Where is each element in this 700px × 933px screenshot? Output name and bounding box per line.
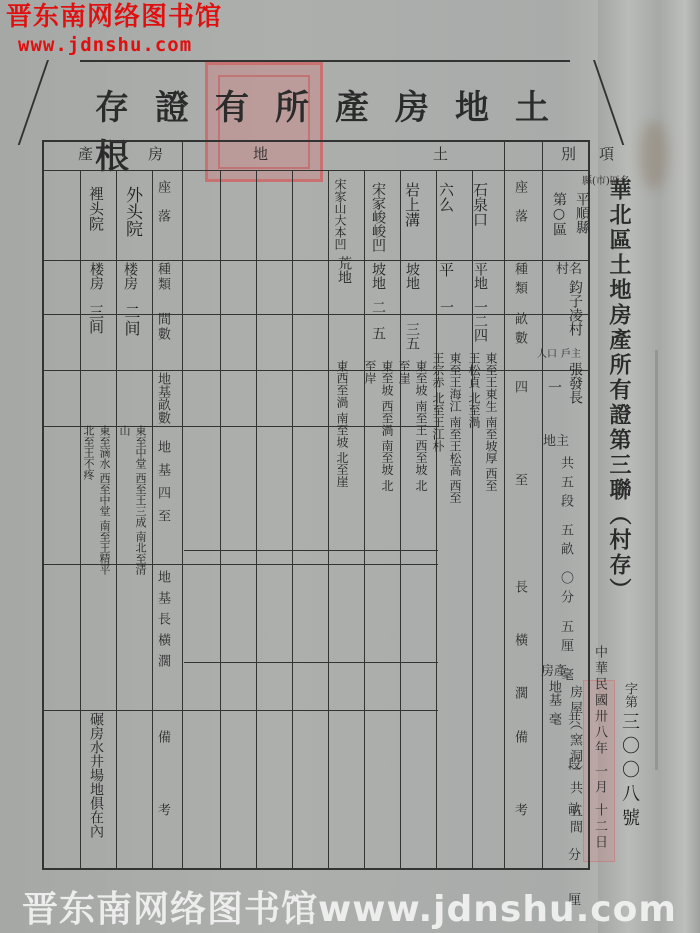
- base-label: 地基: [544, 680, 563, 706]
- house-row-2-type: 楼房: [86, 262, 106, 290]
- house-row-1-location: 外头院: [120, 186, 145, 237]
- watermark-url: www.jdnshu.com: [18, 34, 192, 56]
- house-row-2-base-boundaries: 東至滴水 西至中堂 南至王精平 北至王不疼: [80, 425, 112, 575]
- land-type-label: 種類: [510, 262, 529, 300]
- household-head-value: 張發長: [565, 362, 585, 404]
- serial-label: 字第: [620, 682, 639, 708]
- village-value: 鈞子凌村: [565, 280, 585, 336]
- land-row-5-type: 荒地: [334, 256, 354, 284]
- land-remarks-label: 備考: [510, 730, 529, 876]
- land-area-label: 畝數: [510, 312, 529, 350]
- house-row-2-location: 裡头院: [86, 186, 107, 231]
- land-row-4-boundaries: 東至坡 西至渦 南至坡 北至岸: [362, 360, 396, 500]
- serial-value: 三〇〇八號: [616, 712, 642, 832]
- house-base-boundaries-label: 地基四至: [153, 440, 172, 532]
- col-line: [292, 170, 293, 868]
- col-line: [256, 170, 257, 868]
- header-category-label: 別: [558, 146, 579, 161]
- land-location-label: 座落: [510, 180, 529, 238]
- header-land-label-2: 地: [250, 146, 271, 161]
- header-house-label: 房: [145, 146, 166, 161]
- land-row-3-type: 坡地: [402, 262, 422, 290]
- issue-date: 中華民國卅八年 一月 十二日: [590, 645, 609, 851]
- house-row-1-rooms: 二间: [120, 304, 143, 336]
- land-row-5-boundaries: 東西至渦 南至坡 北至崖: [334, 360, 351, 500]
- land-total-value: 共五段 五畝 〇分 五厘 毫: [556, 456, 575, 687]
- land-total-label: 地主: [543, 430, 569, 449]
- col-line: [364, 170, 365, 868]
- house-row-1-type: 楼房: [120, 262, 140, 290]
- land-row-5-location: 宋家山大本凹: [332, 178, 349, 250]
- household-head-label: 戶主: [561, 345, 581, 360]
- population-label: 人口: [537, 345, 557, 360]
- house-label: 房產: [541, 660, 567, 679]
- col-line: [328, 170, 329, 868]
- house-remarks-note: 碾房水井場地俱在內: [86, 712, 106, 838]
- house-base-area-label: 地基畝數: [153, 372, 172, 424]
- land-dimensions-label: 長 橫 濶: [510, 580, 529, 717]
- header-house-label-2: 產: [75, 146, 96, 161]
- col-line: [220, 170, 221, 868]
- land-row-2-area: 一: [436, 300, 456, 314]
- district-value: 第○區: [549, 192, 569, 236]
- row-divider-location: [44, 260, 588, 261]
- county-value: 平順縣: [572, 192, 592, 234]
- house-row-1-base-boundaries: 東至中堂 西至王三成 南北至清山: [116, 425, 148, 575]
- col-line-house-labels: [182, 142, 183, 868]
- village-label: 村名: [556, 258, 582, 277]
- header-land-label: 土: [430, 146, 451, 161]
- land-row-3-area: 三五: [402, 322, 422, 350]
- land-row-2-type: 平: [436, 262, 457, 277]
- house-location-label: 座落: [153, 180, 172, 238]
- house-remarks-label: 備考: [153, 730, 172, 876]
- row-divider-dimensions: [44, 710, 438, 711]
- house-row-2-rooms: 三间: [86, 304, 107, 334]
- row-divider-area: [44, 370, 588, 371]
- watermark-site-name: 晋东南网络图书馆: [6, 2, 222, 32]
- col-line-right-panel: [542, 142, 543, 868]
- population-value: 一: [544, 380, 564, 394]
- land-row-4-location: 宋家峻峻凹: [368, 182, 388, 252]
- land-row-2-boundaries: 東至王海江 南至王松高 西至王宗赤 北至王江朴: [430, 352, 464, 512]
- col-line: [400, 170, 401, 868]
- land-row-3-location: 岩上溝: [402, 182, 423, 227]
- watermark-bottom: 晋东南网络图书馆www.jdnshu.com: [22, 888, 677, 932]
- land-row-1-location: 石泉口: [470, 182, 491, 227]
- house-base-dimensions-label: 地基長橫濶: [153, 570, 172, 675]
- header-item-label: 項: [596, 146, 617, 161]
- land-row-2-location: 六么: [436, 182, 457, 212]
- header-divider: [44, 170, 588, 171]
- paper-crease: [655, 350, 658, 770]
- county-district-label: 縣(市)區名: [582, 172, 630, 187]
- land-row-1-type: 平地: [470, 262, 490, 290]
- land-boundaries-label: 四至: [510, 380, 529, 566]
- land-row-3-boundaries: 東至坡 南至王 西至坡 北至崖: [396, 360, 430, 500]
- land-row-4-area: 二五: [368, 300, 388, 352]
- land-row-1-area: 一二四: [470, 300, 490, 342]
- land-row-1-boundaries: 東至王東生 南至坡厚 西至王松貞 北至渦: [466, 352, 500, 492]
- col-line-land-labels: [504, 142, 505, 868]
- house-type-label: 種類: [153, 262, 172, 292]
- house-rooms-label: 間數: [153, 312, 172, 342]
- land-row-4-type: 坡地: [368, 262, 388, 290]
- water-stain: [640, 120, 668, 190]
- certificate-main-title: 華北區土地房產所有證第三聯（村存）: [604, 178, 635, 603]
